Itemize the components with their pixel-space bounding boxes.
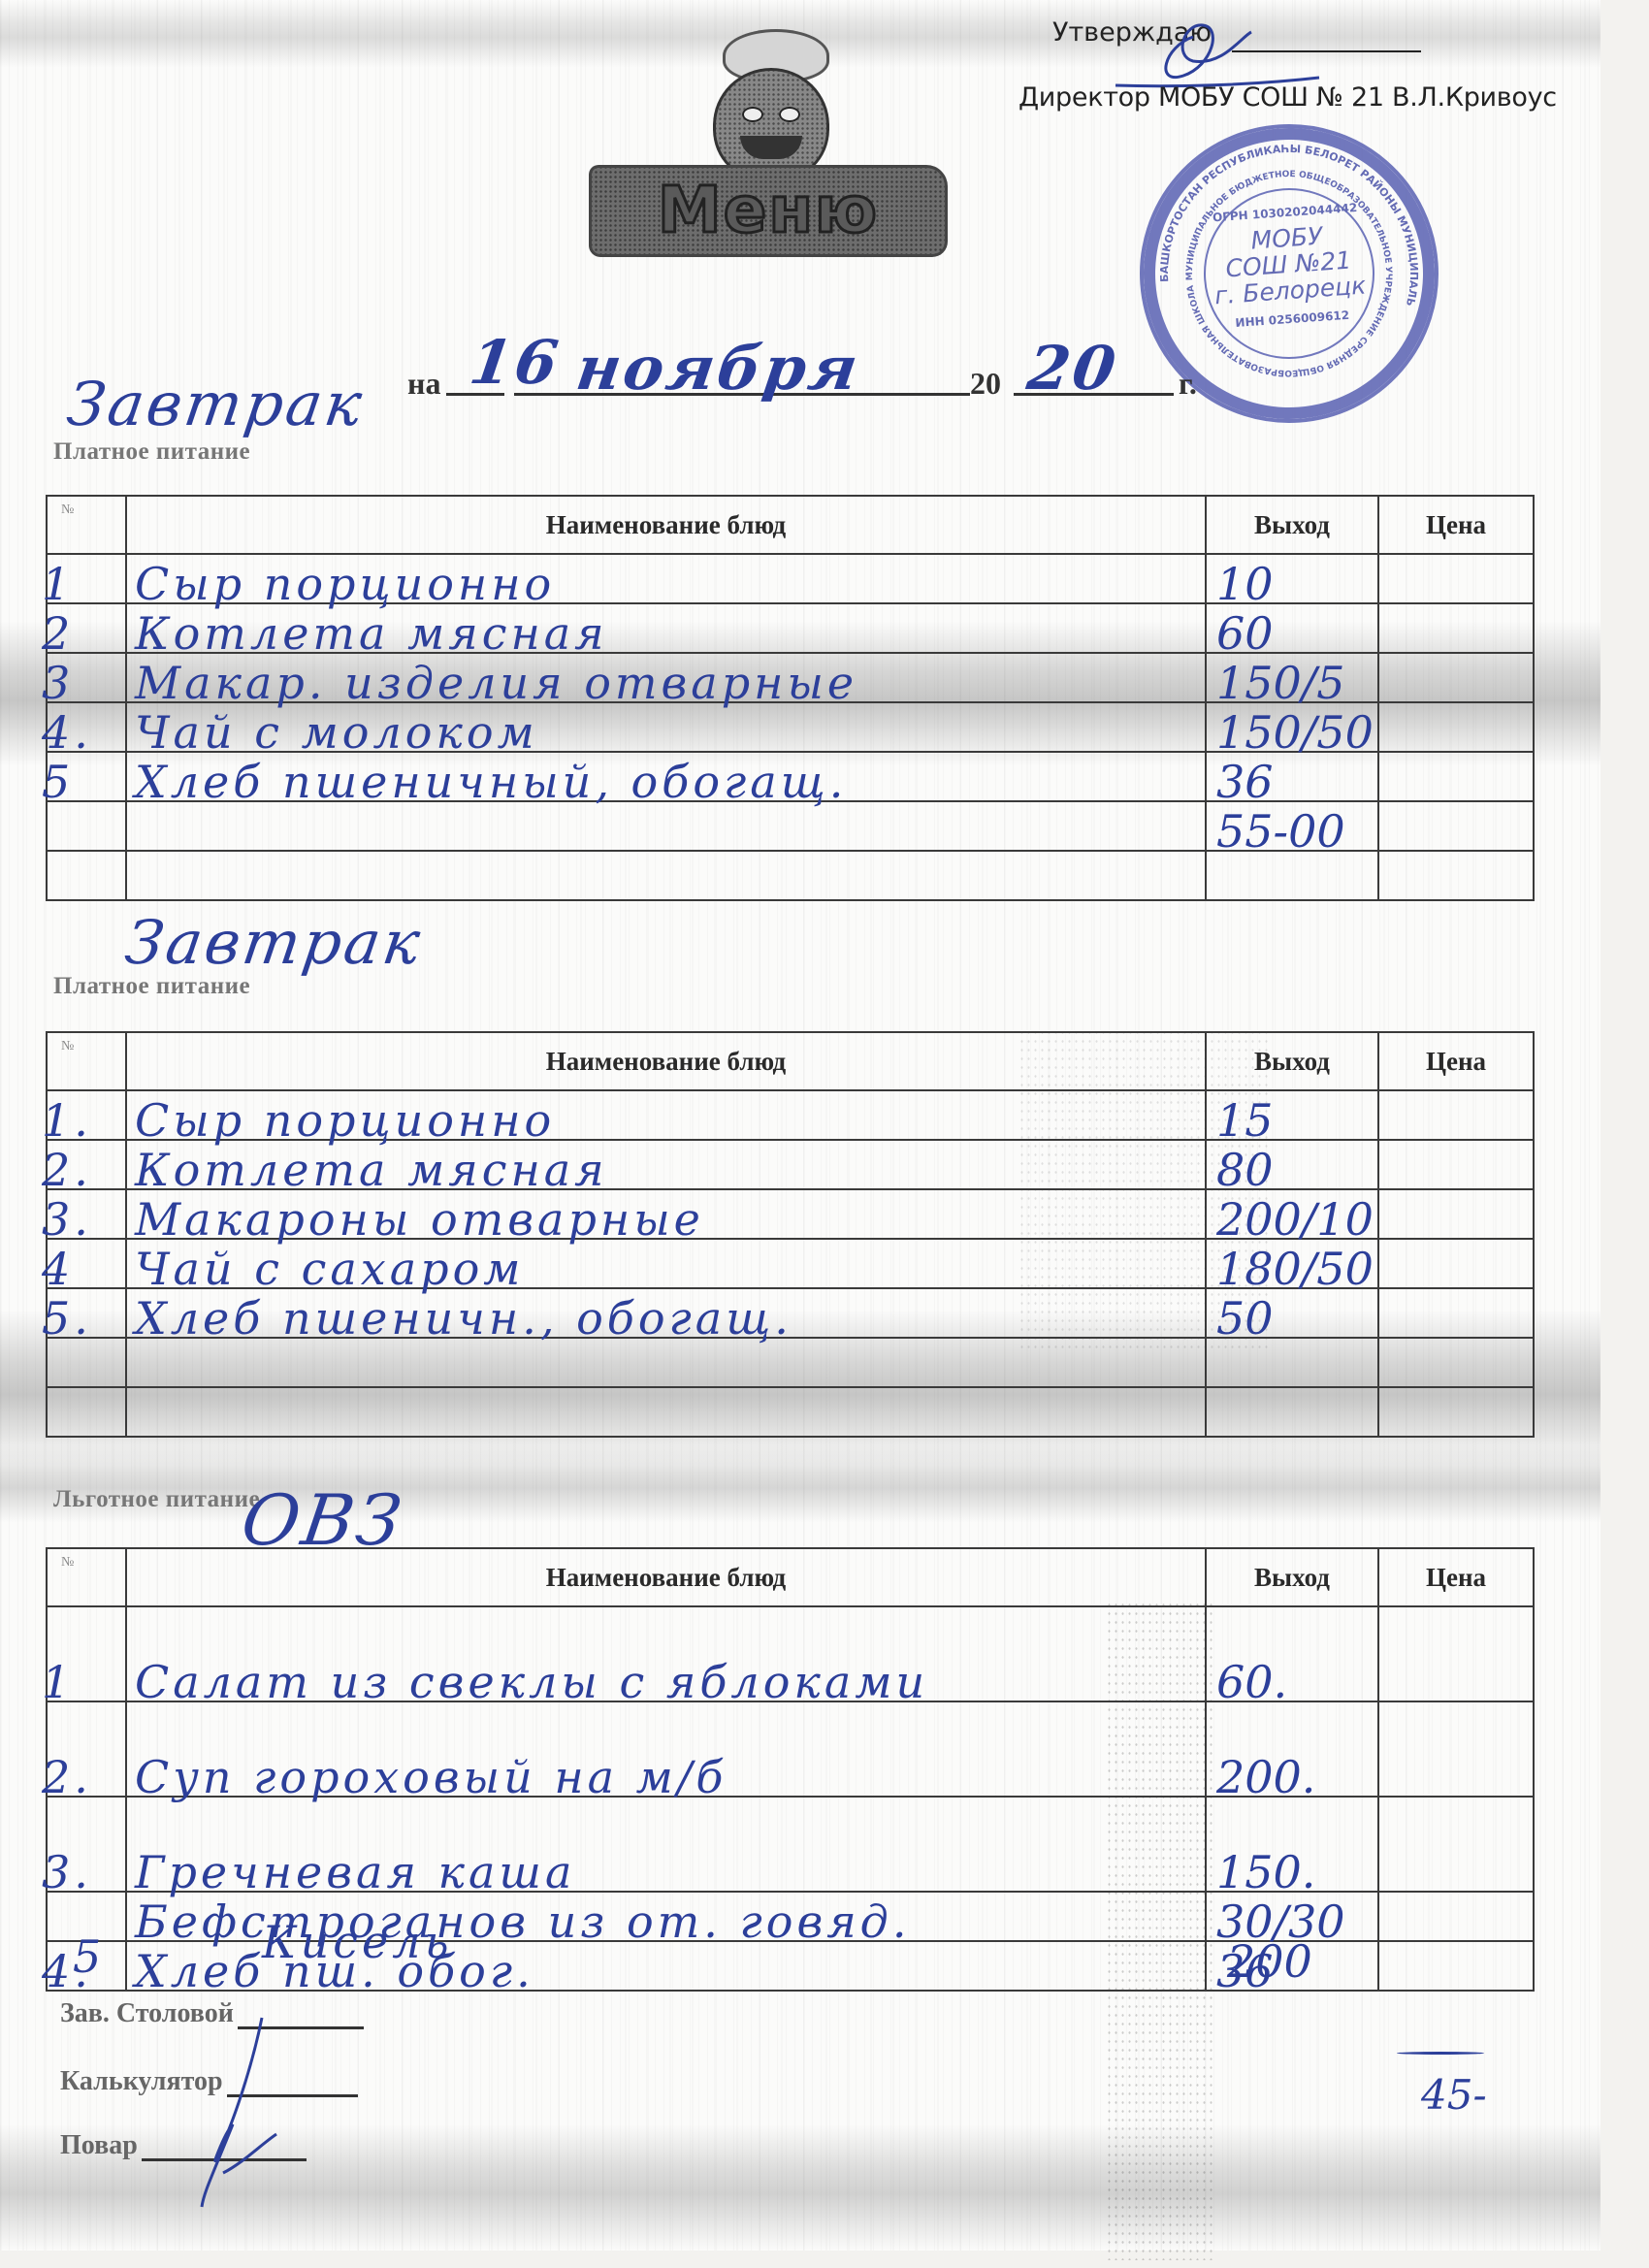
table-row (47, 1338, 1534, 1387)
section-3-total: 45- (1421, 2071, 1487, 2119)
row-output-text: 150/50 (1216, 706, 1374, 759)
row-no: 2. (47, 1140, 126, 1189)
row-dish-name-text: Салат из свеклы с яблоками (135, 1656, 928, 1708)
table-header: № Наименование блюд Выход Цена (47, 1032, 1534, 1090)
row-output: 55-00 (1206, 801, 1378, 851)
scanned-menu-page: Утверждаю Директор МОБУ СОШ № 21 В.Л.Кри… (0, 0, 1600, 2251)
row-no-text: 2. (42, 1144, 92, 1196)
date-prefix: на (407, 366, 440, 402)
row-dish-name: Сыр порционно (126, 554, 1206, 603)
menu-table-2: № Наименование блюд Выход Цена 1.Сыр пор… (46, 1031, 1535, 1438)
row-dish-name-text: Хлеб пшеничн., обогащ. (135, 1292, 792, 1345)
row-no: 4. (47, 702, 126, 752)
date-year: 20 (1023, 333, 1123, 404)
extra-row-name: Кисель (262, 1916, 453, 1968)
row-output (1206, 851, 1378, 900)
row-output-text: 150. (1216, 1846, 1315, 1898)
row-no-text: 1. (42, 1094, 92, 1147)
row-price (1378, 653, 1534, 702)
row-dish-name: Суп гороховый на м/б (126, 1701, 1206, 1797)
row-no: 3. (47, 1189, 126, 1239)
row-no-text: 5. (42, 1292, 92, 1345)
row-price (1378, 1387, 1534, 1437)
row-no: 1. (47, 1090, 126, 1140)
row-no-text: 3. (42, 1846, 92, 1898)
row-dish-name-text: Макар. изделия отварные (135, 657, 857, 709)
row-dish-name (126, 851, 1206, 900)
row-no-text: 1 (42, 558, 74, 610)
section-2-handwritten-title: Завтрак (121, 907, 427, 978)
row-output: 150/5 (1206, 653, 1378, 702)
row-output (1206, 1387, 1378, 1437)
row-dish-name-text: Чай с сахаром (135, 1243, 524, 1295)
row-dish-name: Котлета мясная (126, 603, 1206, 653)
row-price (1378, 1797, 1534, 1892)
row-dish-name: Гречневая каша (126, 1797, 1206, 1892)
row-price (1378, 1090, 1534, 1140)
row-dish-name-text: Гречневая каша (135, 1846, 575, 1898)
table-row: 3.Гречневая каша150. (47, 1797, 1534, 1892)
table-row: 2.Суп гороховый на м/б200. (47, 1701, 1534, 1797)
row-output: 50 (1206, 1288, 1378, 1338)
date-month: ноября (572, 333, 865, 404)
row-price (1378, 1239, 1534, 1288)
row-output: 200/10 (1206, 1189, 1378, 1239)
row-price (1378, 752, 1534, 801)
extra-row-no: 5 (73, 1930, 105, 1983)
row-price (1378, 1338, 1534, 1387)
row-dish-name-text: Хлеб пшеничный, обогащ. (135, 756, 847, 808)
row-dish-name: Салат из свеклы с яблоками (126, 1606, 1206, 1701)
column-name: Наименование блюд (126, 1032, 1206, 1090)
mouth-icon (740, 136, 802, 159)
row-output: 36 (1206, 752, 1378, 801)
table-row: 5.Хлеб пшеничн., обогащ.50 (47, 1288, 1534, 1338)
row-no-text: 2 (42, 607, 74, 660)
menu-title: Меню (589, 173, 948, 247)
section-2-label: Платное питание (53, 973, 250, 1000)
date-year-prefix: 20 (970, 366, 1001, 402)
row-no-text: 3 (42, 657, 74, 709)
row-output-text: 200/10 (1216, 1193, 1374, 1246)
row-output-text: 180/50 (1216, 1243, 1374, 1295)
row-dish-name: Сыр порционно (126, 1090, 1206, 1140)
row-output: 150/50 (1206, 702, 1378, 752)
table-row: 55-00 (47, 801, 1534, 851)
section-1-label: Платное питание (53, 438, 250, 466)
column-output: Выход (1206, 1032, 1378, 1090)
row-output-text: 10 (1216, 558, 1274, 610)
total-underline (1397, 2052, 1484, 2055)
row-output-text: 36 (1216, 756, 1274, 808)
row-output-text: 55-00 (1216, 805, 1345, 858)
table-row (47, 1387, 1534, 1437)
row-dish-name-text: Бефстроганов из от. говяд. (135, 1895, 910, 1948)
row-dish-name: Чай с сахаром (126, 1239, 1206, 1288)
row-no: 1 (47, 554, 126, 603)
row-dish-name (126, 801, 1206, 851)
row-dish-name-text: Макароны отварные (135, 1193, 704, 1246)
row-price (1378, 801, 1534, 851)
row-dish-name: Котлета мясная (126, 1140, 1206, 1189)
table-header: № Наименование блюд Выход Цена (47, 496, 1534, 554)
row-output: 15 (1206, 1090, 1378, 1140)
row-dish-name (126, 1387, 1206, 1437)
row-output-text: 150/5 (1216, 657, 1345, 709)
row-price (1378, 1288, 1534, 1338)
table-row: 1Сыр порционно10 (47, 554, 1534, 603)
row-price (1378, 1701, 1534, 1797)
section-3-label: Льготное питание (53, 1486, 260, 1513)
row-no: 1 (47, 1606, 126, 1701)
row-no-text: 4. (42, 706, 92, 759)
column-price: Цена (1378, 1548, 1534, 1606)
row-output: 60 (1206, 603, 1378, 653)
table-row: 3.Макароны отварные200/10 (47, 1189, 1534, 1239)
column-name: Наименование блюд (126, 1548, 1206, 1606)
row-output-text: 15 (1216, 1094, 1274, 1147)
row-no-text: 4 (42, 1243, 74, 1295)
date-suffix: г. (1179, 366, 1197, 402)
row-no: 2. (47, 1701, 126, 1797)
row-output-text: 60 (1216, 607, 1274, 660)
row-dish-name-text: Чай с молоком (135, 706, 538, 759)
table-row (47, 851, 1534, 900)
row-output: 80 (1206, 1140, 1378, 1189)
menu-banner: Меню (589, 165, 948, 257)
row-price (1378, 1892, 1534, 1941)
date-day: 16 (466, 327, 566, 398)
row-dish-name: Макар. изделия отварные (126, 653, 1206, 702)
extra-row-output: 200 (1227, 1935, 1312, 1988)
row-price (1378, 603, 1534, 653)
row-output: 60. (1206, 1606, 1378, 1701)
column-no: № (47, 496, 126, 554)
row-price (1378, 1606, 1534, 1701)
row-output-text: 200. (1216, 1751, 1315, 1803)
row-output-text: 80 (1216, 1144, 1274, 1196)
row-price (1378, 1941, 1534, 1991)
table-row: 5Хлеб пшеничный, обогащ.36 (47, 752, 1534, 801)
table-row: 4Чай с сахаром180/50 (47, 1239, 1534, 1288)
row-output: 180/50 (1206, 1239, 1378, 1288)
row-price (1378, 851, 1534, 900)
column-price: Цена (1378, 1032, 1534, 1090)
row-no-text: 2. (42, 1751, 92, 1803)
table-row: 1.Сыр порционно15 (47, 1090, 1534, 1140)
row-dish-name: Хлеб пшеничн., обогащ. (126, 1288, 1206, 1338)
row-dish-name: Хлеб пшеничный, обогащ. (126, 752, 1206, 801)
table-row: 2Котлета мясная60 (47, 603, 1534, 653)
row-no: 3 (47, 653, 126, 702)
row-no (47, 801, 126, 851)
row-dish-name (126, 1338, 1206, 1387)
table-row: 3Макар. изделия отварные150/5 (47, 653, 1534, 702)
row-dish-name-text: Котлета мясная (135, 607, 608, 660)
staff-signature (116, 1998, 310, 2212)
row-no-text: 1 (42, 1656, 74, 1708)
eye-icon (779, 107, 800, 122)
column-output: Выход (1206, 496, 1378, 554)
column-output: Выход (1206, 1548, 1378, 1606)
row-output: 30/30 (1206, 1892, 1378, 1941)
row-output: 200. (1206, 1701, 1378, 1797)
table-row: 4.Чай с молоком150/50 (47, 702, 1534, 752)
menu-logo: Меню (567, 29, 975, 262)
row-output: 10 (1206, 554, 1378, 603)
menu-table-1: № Наименование блюд Выход Цена 1Сыр порц… (46, 495, 1535, 901)
row-dish-name: Чай с молоком (126, 702, 1206, 752)
row-price (1378, 702, 1534, 752)
row-price (1378, 1189, 1534, 1239)
row-dish-name-text: Суп гороховый на м/б (135, 1751, 727, 1803)
row-dish-name-text: Сыр порционно (135, 1094, 555, 1147)
row-no: 5. (47, 1288, 126, 1338)
eye-icon (742, 107, 763, 122)
row-output: 150. (1206, 1797, 1378, 1892)
row-no: 3. (47, 1797, 126, 1892)
table-header: № Наименование блюд Выход Цена (47, 1548, 1534, 1606)
row-dish-name-text: Сыр порционно (135, 558, 555, 610)
table-row: 2.Котлета мясная80 (47, 1140, 1534, 1189)
official-stamp: БАШКОРТОСТАН РЕСПУБЛИКАҺЫ БЕЛОРЕТ РАЙОНЫ… (1130, 114, 1449, 434)
row-no-text: 5 (42, 756, 74, 808)
row-price (1378, 554, 1534, 603)
row-output (1206, 1338, 1378, 1387)
row-no-text: 3. (42, 1193, 92, 1246)
row-no: 5 (47, 752, 126, 801)
row-output-text: 60. (1216, 1656, 1287, 1708)
row-no: 2 (47, 603, 126, 653)
row-no (47, 1387, 126, 1437)
row-price (1378, 1140, 1534, 1189)
column-no: № (47, 1548, 126, 1606)
row-no: 4 (47, 1239, 126, 1288)
column-no: № (47, 1032, 126, 1090)
section-1-handwritten-title: Завтрак (63, 369, 369, 439)
row-dish-name-text: Котлета мясная (135, 1144, 608, 1196)
row-no (47, 1338, 126, 1387)
column-price: Цена (1378, 496, 1534, 554)
column-name: Наименование блюд (126, 496, 1206, 554)
row-no (47, 851, 126, 900)
director-title: Директор МОБУ СОШ № 21 В.Л.Кривоус (1018, 82, 1557, 113)
row-dish-name: Макароны отварные (126, 1189, 1206, 1239)
table-row: 1Салат из свеклы с яблоками60. (47, 1606, 1534, 1701)
row-output-text: 50 (1216, 1292, 1274, 1345)
